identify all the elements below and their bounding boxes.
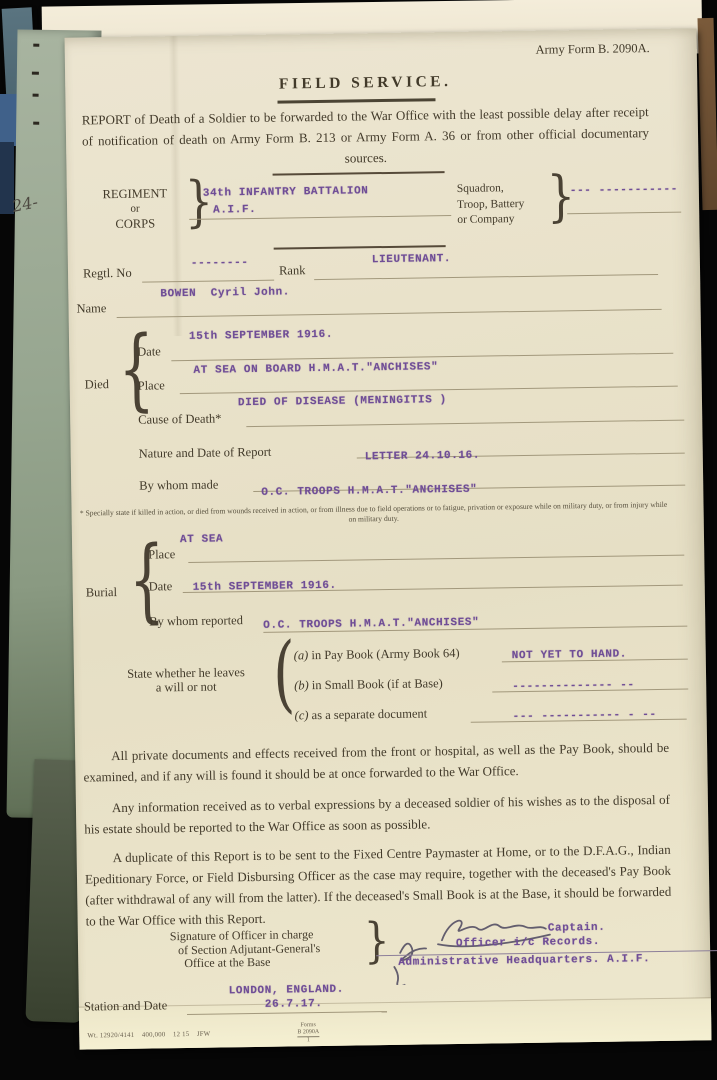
station-place-value: LONDON, ENGLAND.	[229, 984, 344, 998]
will-item-b-prefix: (b)	[294, 678, 309, 692]
will-item-c-value: --- ----------- - --	[513, 709, 657, 723]
station-date-value: 26.7.17.	[265, 998, 323, 1011]
brown-paper-edge	[697, 18, 717, 210]
will-label: State whether he leaves a will or not	[86, 665, 286, 696]
rank-label: Rank	[279, 263, 306, 278]
form-number: Army Form B. 2090A.	[450, 41, 650, 59]
will-label-line2: a will or not	[86, 679, 286, 696]
imprint-box-line2: B 2090A	[297, 1029, 319, 1038]
report-made-value: O.C. TROOPS H.M.A.T."ANCHISES"	[261, 484, 477, 499]
rank-value: LIEUTENANT.	[372, 253, 451, 266]
squadron-label-line1: Squadron,	[457, 181, 525, 197]
ink-mark	[33, 94, 39, 97]
died-date-value: 15th SEPTEMBER 1916.	[189, 329, 333, 343]
will-item-a-label: (a) in Pay Book (Army Book 64)	[294, 646, 460, 663]
signature-office-value: Officer i/c Records.	[456, 936, 600, 950]
regiment-label: REGIMENT or CORPS	[87, 186, 184, 232]
intro-paragraph: REPORT of Death of a Soldier to be forwa…	[82, 101, 650, 172]
rank-line	[314, 274, 658, 280]
section-rule-bottom	[274, 245, 446, 250]
name-label: Name	[76, 301, 106, 316]
will-item-c-text: as a separate document	[312, 706, 428, 722]
signature-rank-value: Captain.	[548, 922, 606, 935]
title-rule	[277, 98, 435, 103]
will-item-a-text: in Pay Book (Army Book 64)	[311, 646, 459, 662]
died-cause-label: Cause of Death*	[138, 411, 222, 427]
regiment-value-line1: 34th INFANTRY BATTALION	[203, 185, 369, 199]
regiment-label-line3: CORPS	[87, 216, 183, 232]
imprint-box: Forms B 2090A 1	[297, 1022, 319, 1044]
will-item-a-value: NOT YET TO HAND.	[512, 648, 627, 662]
died-place-label: Place	[138, 378, 165, 393]
died-cause-value: DIED OF DISEASE (MENINGITIS )	[238, 394, 447, 409]
will-brace: (	[273, 632, 296, 716]
died-date-label: Date	[137, 344, 161, 359]
squadron-label-line3: or Company	[457, 212, 525, 228]
squadron-brace: }	[547, 170, 576, 225]
will-item-b-text: in Small Book (if at Base)	[312, 676, 443, 692]
squadron-label-line2: Troop, Battery	[457, 196, 525, 212]
will-item-a-prefix: (a)	[294, 648, 309, 662]
died-date-line	[171, 353, 673, 361]
imprint-box-line3: 1	[297, 1037, 319, 1044]
burial-date-label: Date	[149, 579, 173, 594]
died-label: Died	[85, 377, 110, 392]
squadron-line	[567, 212, 681, 215]
died-brace: {	[118, 325, 155, 415]
regtl-no-label: Regtl. No	[83, 266, 132, 282]
report-made-label: By whom made	[139, 478, 218, 494]
body-paragraph-1: All private documents and effects receiv…	[83, 737, 670, 788]
burial-place-line	[188, 555, 684, 563]
died-place-value: AT SEA ON BOARD H.M.A.T."ANCHISES"	[193, 361, 438, 377]
will-item-c-prefix: (c)	[295, 708, 309, 722]
station-label: Station and Date	[84, 998, 168, 1014]
squadron-label: Squadron, Troop, Battery or Company	[457, 181, 525, 228]
margin-note: 24-	[10, 192, 39, 216]
name-line	[117, 309, 662, 318]
report-nature-value: LETTER 24.10.16.	[365, 450, 480, 464]
burial-reported-label: By whom reported	[149, 613, 243, 629]
regtl-no-value: --------	[191, 257, 249, 270]
signature-unit-value: Administrative Headquarters. A.I.F.	[398, 953, 650, 969]
burial-place-value: AT SEA	[180, 533, 223, 546]
regiment-label-line1: REGIMENT	[87, 186, 183, 202]
regiment-brace: }	[185, 175, 214, 230]
body-paragraph-2: Any information received as to verbal ex…	[84, 789, 671, 840]
burial-label: Burial	[86, 585, 117, 600]
ink-mark	[33, 44, 39, 47]
died-cause-line	[246, 420, 684, 427]
will-item-b-label: (b) in Small Book (if at Base)	[294, 676, 443, 693]
name-value: BOWEN Cyril John.	[160, 286, 290, 300]
regiment-label-line2: or	[87, 201, 183, 217]
report-nature-label: Nature and Date of Report	[139, 445, 272, 462]
will-item-c-label: (c) as a separate document	[295, 706, 428, 723]
ink-mark	[33, 122, 39, 125]
imprint-box-line1: Forms	[297, 1022, 319, 1029]
signature-label-line3: Office at the Base	[184, 955, 320, 971]
ink-mark	[32, 72, 39, 75]
signature-label: Signature of Officer in charge of Sectio…	[170, 928, 321, 971]
scanned-document: { "header": { "form_number": "Army Form …	[0, 0, 717, 1080]
form-page: Army Form B. 2090A. FIELD SERVICE. REPOR…	[65, 28, 712, 1049]
regiment-value-line2: A.I.F.	[213, 204, 256, 217]
regtl-no-line	[142, 280, 274, 283]
squadron-value: --- -----------	[570, 184, 678, 198]
will-item-b-value: -------------- --	[512, 679, 635, 693]
section-rule-top	[273, 171, 445, 176]
page-title: FIELD SERVICE.	[65, 70, 665, 97]
died-place-line	[180, 386, 678, 394]
footnote: * Specially state if killed in action, o…	[76, 500, 672, 528]
